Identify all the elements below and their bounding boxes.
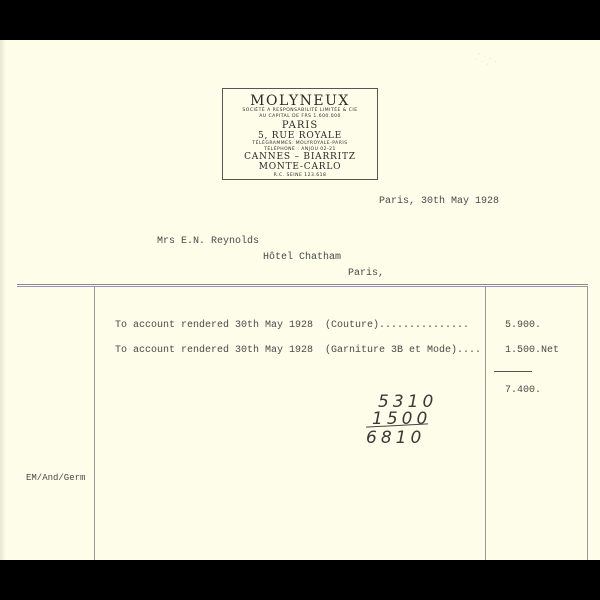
handwritten-figure-3: 6810 — [366, 428, 425, 448]
ledger-line-garniture: To account rendered 30th May 1928 (Garni… — [115, 345, 481, 356]
branch-monte-carlo: MONTE-CARLO — [223, 163, 377, 172]
legal-line-2: AU CAPITAL DE FRS 1.600.000 — [223, 115, 377, 120]
sum-rule — [494, 371, 532, 372]
ledger-amount-garniture: 1.500.Net — [505, 345, 559, 356]
date-line: Paris, 30th May 1928 — [379, 196, 499, 207]
reference-initials: EM/And/Germ — [26, 473, 85, 483]
recipient-hotel: Hôtel Chatham — [263, 252, 341, 263]
ledger-right-line — [587, 287, 588, 560]
registry: R.C. SEINE 123.618 — [223, 174, 377, 179]
company-city: PARIS — [223, 121, 377, 131]
letterhead: MOLYNEUX SOCIÉTÉ A RESPONSABILITÉ LIMITÉ… — [222, 88, 378, 180]
recipient-city: Paris, — [348, 268, 384, 279]
recipient-name: Mrs E.N. Reynolds — [157, 236, 259, 247]
ledger-top-rule — [17, 284, 588, 287]
telegrams: TÉLÉGRAMMES: MOLYROYALE-PARIS — [223, 142, 377, 147]
company-name: MOLYNEUX — [223, 94, 377, 108]
ledger-line-couture: To account rendered 30th May 1928 (Coutu… — [115, 320, 469, 331]
ledger-amount-column-line — [485, 287, 486, 560]
ledger-total: 7.400. — [505, 385, 541, 396]
branches: CANNES – BIARRITZ — [223, 153, 377, 162]
paper-edge — [0, 40, 6, 560]
ledger-left-column-line — [94, 287, 95, 560]
company-address: 5, RUE ROYALE — [223, 132, 377, 141]
legal-line-1: SOCIÉTÉ A RESPONSABILITÉ LIMITÉE & CIE — [223, 109, 377, 114]
ledger-amount-couture: 5.900. — [505, 320, 541, 331]
